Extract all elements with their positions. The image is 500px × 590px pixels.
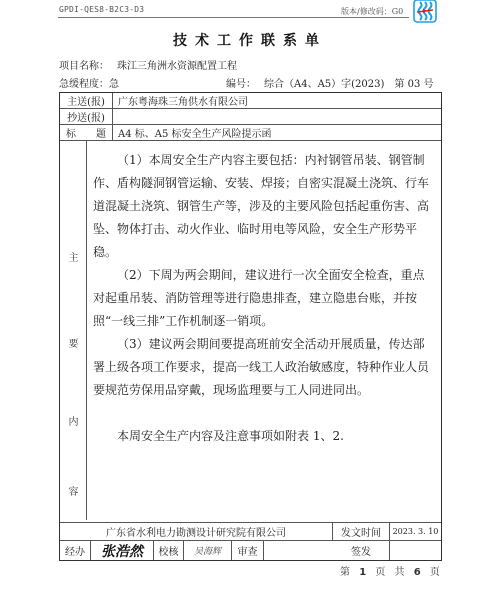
- send-to-value: 广东粤海珠三角供水有限公司: [118, 93, 441, 108]
- issuer-name: 广东省水利电力勘测设计研究院有限公司: [60, 523, 333, 540]
- signature-row: 经办 张浩然 校核 吴海辉 审查 签发: [60, 541, 441, 560]
- side-label-char: 容: [60, 483, 87, 498]
- page-total: 6: [414, 567, 424, 578]
- document-code: GPDI-QES8-B2C3-D3: [59, 5, 144, 14]
- send-to-label: 主送(报): [60, 93, 113, 108]
- cc-label: 抄送(报): [60, 109, 113, 124]
- content-side-column: 主 要 内 容: [60, 141, 87, 520]
- cc-value: [118, 109, 441, 124]
- issue-time-label: 发文时间: [333, 523, 390, 540]
- send-to-row: 主送(报) 广东粤海珠三角供水有限公司: [60, 93, 441, 109]
- number-value: 综合（A4、A5）字(2023) 第 03 号: [264, 79, 434, 90]
- page-number: 第 1 页 共 6 页: [340, 563, 443, 578]
- handler-label: 经办: [60, 541, 91, 560]
- number-label: 编号：: [226, 79, 256, 90]
- water-waves-logo-icon: [413, 0, 437, 23]
- proof-label: 校核: [154, 541, 184, 560]
- main-content: （1）本周安全生产内容主要包括：内衬钢管吊装、钢管制作、盾构隧洞钢管运输、安装、…: [93, 149, 433, 448]
- issuer-row: 广东省水利电力勘测设计研究院有限公司 发文时间 2023. 3. 10: [60, 522, 441, 541]
- handler-signature: 张浩然: [91, 541, 154, 560]
- side-label-char: 主: [60, 249, 87, 264]
- subject-label: 标 题: [60, 125, 113, 140]
- version-code: 版本/修改码：G0: [341, 6, 403, 17]
- approve-label: 签发: [333, 541, 390, 560]
- page-suffix: 页: [430, 567, 443, 578]
- page-prefix: 第: [340, 567, 353, 578]
- review-label: 审查: [232, 541, 264, 560]
- content-paragraph-4: 本周安全生产内容及注意事项如附表 1、2.: [93, 425, 433, 448]
- side-label-char: 要: [60, 335, 87, 350]
- issue-time-value: 2023. 3. 10: [390, 523, 441, 540]
- project-value: 珠江三角洲水资源配置工程: [117, 61, 237, 72]
- urgency-value: 急: [109, 79, 119, 90]
- subject-row: 标 题 A4 标、A5 标安全生产风险提示函: [60, 125, 441, 141]
- cc-row: 抄送(报): [60, 109, 441, 125]
- page-title: 技术工作联系单: [0, 30, 500, 50]
- side-label-char: 内: [60, 413, 87, 428]
- contact-form-table: 主送(报) 广东粤海珠三角供水有限公司 抄送(报) 标 题 A4 标、A5 标安…: [59, 92, 442, 561]
- project-name-line: 项目名称：珠江三角洲水资源配置工程: [59, 57, 237, 72]
- urgency-label: 急缓程度：: [59, 79, 109, 90]
- urgency-line: 急缓程度：急: [59, 75, 119, 90]
- project-label: 项目名称：: [59, 61, 109, 72]
- content-paragraph-1: （1）本周安全生产内容主要包括：内衬钢管吊装、钢管制作、盾构隧洞钢管运输、安装、…: [93, 149, 433, 264]
- approve-value: [390, 541, 441, 560]
- page-current: 1: [359, 567, 369, 578]
- header-rule: [58, 17, 162, 18]
- content-paragraph-3: （3）建议两会期间要提高班前安全活动开展质量，传达部署上级各项工作要求，提高一线…: [93, 333, 433, 402]
- header-rule: [162, 17, 409, 18]
- page-mid: 页 共: [375, 567, 407, 578]
- proof-signature: 吴海辉: [184, 541, 232, 560]
- document-number-line: 编号：综合（A4、A5）字(2023) 第 03 号: [226, 75, 434, 90]
- content-paragraph-2: （2）下周为两会期间，建议进行一次全面安全检查，重点对起重吊装、消防管理等进行隐…: [93, 264, 433, 333]
- subject-value: A4 标、A5 标安全生产风险提示函: [118, 125, 441, 140]
